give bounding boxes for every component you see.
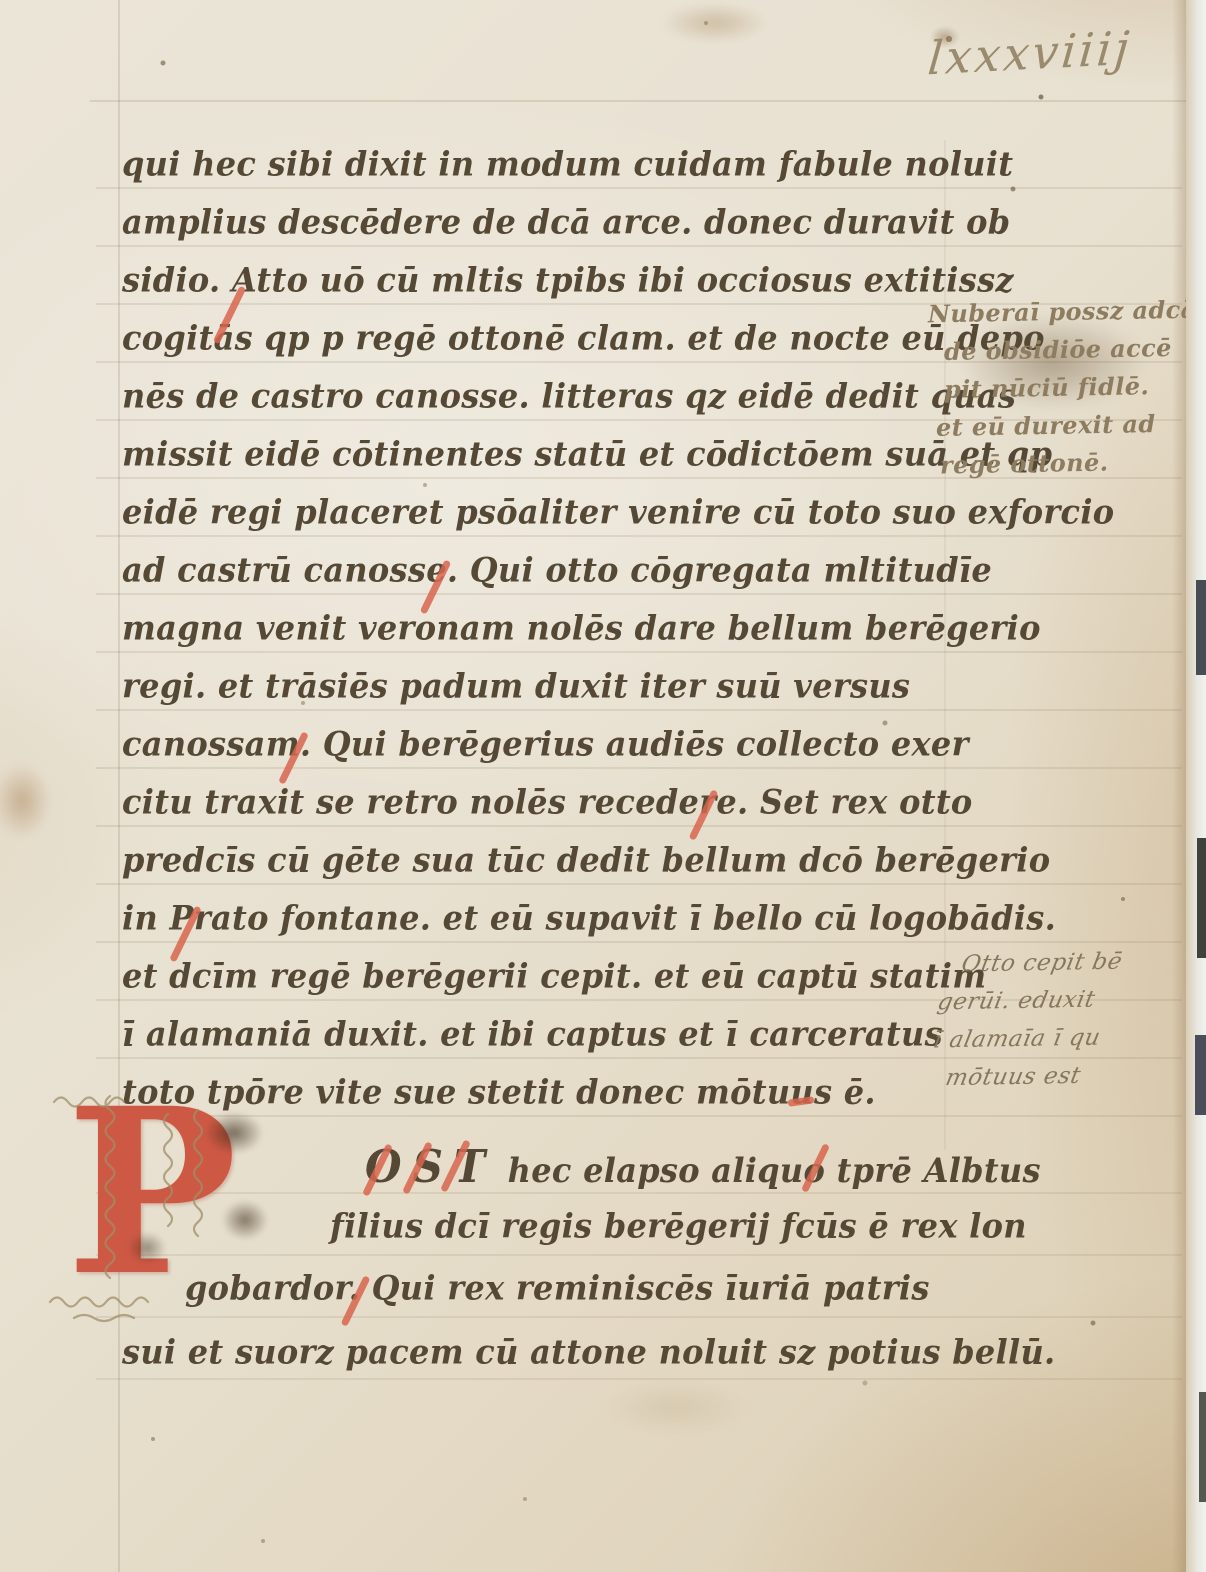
- text-line: filius dcī regis berēgerij fcūs ē rex lo…: [330, 1209, 1027, 1243]
- stain: [660, 2, 770, 44]
- text-line: regi. et trāsiēs padum duxit iter suū ve…: [122, 669, 910, 703]
- text-line: ī alamaniā duxit. et ibi captus et ī car…: [122, 1017, 943, 1051]
- text-line: sidio. Atto uō cū mltis tpibs ibi occios…: [122, 263, 1014, 297]
- margin-note-line: mōtuus est: [944, 1065, 1083, 1090]
- page-edge: [1186, 0, 1206, 1572]
- margin-note-line: Nuberaī possz adcā: [928, 298, 1197, 327]
- text-line: et dcīm regē berēgerii cepit. et eū capt…: [122, 959, 986, 993]
- ruling-line-top: [90, 100, 1186, 102]
- stain: [600, 1380, 750, 1435]
- text-line: eidē regi placeret psōaliter venire cū t…: [122, 495, 1114, 529]
- page-edge-gap: [1199, 1392, 1206, 1502]
- margin-note-line: regē ottonē.: [940, 451, 1109, 478]
- margin-note-line: et eū durexit ad: [936, 412, 1156, 440]
- text-line: in Prato fontane. et eū supavit ī bello …: [122, 901, 1056, 935]
- page-edge-crease: [1172, 0, 1186, 1572]
- margin-note-line: Otto cepit bē: [959, 951, 1124, 977]
- incipit-continuation: hec elapso aliquo tprē Albtus: [508, 1150, 1041, 1190]
- text-line: predcīs cū gēte sua tūc dedit bellum dcō…: [122, 843, 1050, 877]
- dirt-specks: [0, 0, 2, 2]
- stain-left-edge: [0, 762, 52, 840]
- text-line: ad castrū canosse. Qui otto cōgregata ml…: [122, 553, 992, 587]
- text-line: missit eidē cōtinentes statū et cōdictōe…: [122, 437, 1052, 471]
- text-line: amplius descēdere de dcā arce. donec dur…: [122, 205, 1010, 239]
- text-line: gobardor. Qui rex reminiscēs īuriā patri…: [185, 1271, 930, 1305]
- manuscript-page: lxxxviiij qui hec sibi dixit in modum cu…: [0, 0, 1206, 1572]
- text-line: magna venit veronam nolēs dare bellum be…: [122, 611, 1041, 645]
- margin-note-line: gerūi. eduxit: [935, 989, 1097, 1015]
- page-edge-gap: [1195, 1035, 1206, 1115]
- text-line: canossam. Qui berēgerius audiēs collecto…: [122, 727, 969, 761]
- text-line: cogitās qp p regē ottonē clam. et de noc…: [122, 321, 1045, 355]
- page-edge-gap: [1197, 838, 1206, 958]
- page-edge-gap: [1196, 580, 1206, 675]
- margin-note-line: pit nūciū fidlē.: [944, 374, 1150, 402]
- text-line: citu traxit se retro nolēs recedere. Set…: [122, 785, 973, 819]
- margin-note-line: de obsidiōe accē: [944, 336, 1172, 364]
- text-line: sui et suorz pacem cū attone noluit sz p…: [122, 1335, 1055, 1369]
- folio-number: lxxxviiij: [926, 21, 1134, 86]
- margin-note-line: ī alamaīa ī qu: [931, 1027, 1102, 1053]
- text-line: nēs de castro canosse. litteras qz eidē …: [122, 379, 1016, 413]
- text-line: qui hec sibi dixit in modum cuidam fabul…: [122, 147, 1013, 181]
